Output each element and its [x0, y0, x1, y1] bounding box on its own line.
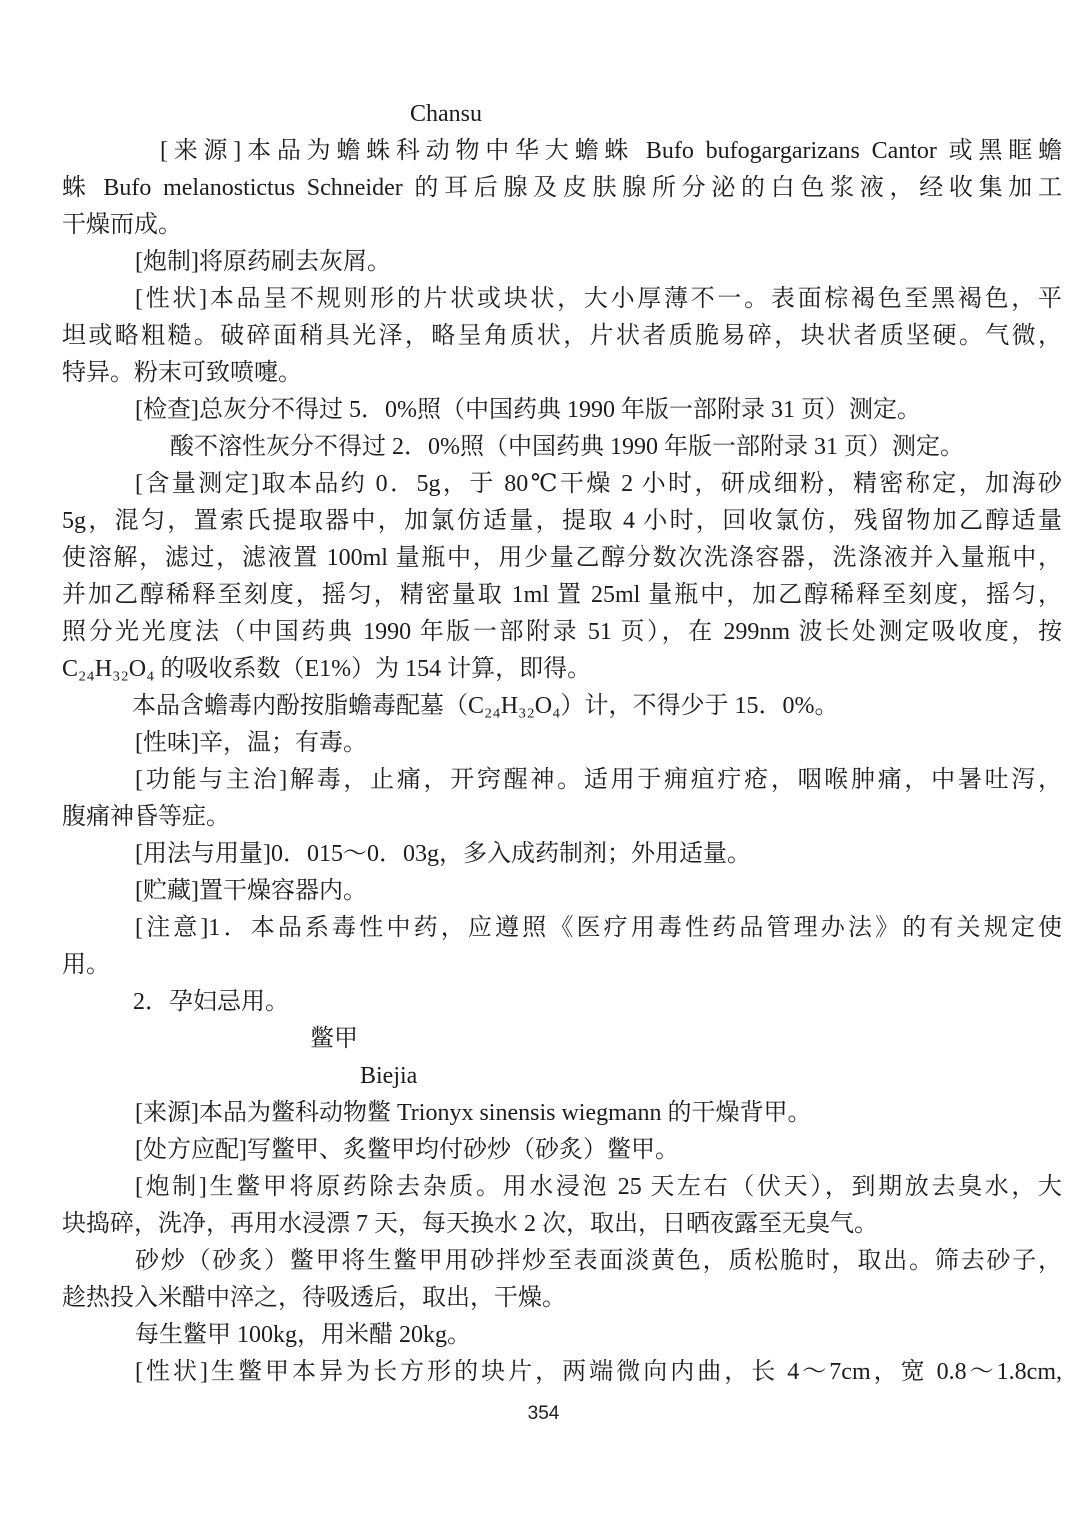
doc-line: [来源]本品为蟾蛛科动物中华大蟾蛛 Bufo bufogargarizans C… [62, 133, 1062, 170]
doc-line: 使溶解，滤过，滤液置 100ml 量瓶中，用少量乙醇分数次洗涤容器，洗涤液并入量… [62, 540, 1062, 577]
doc-line: 腹痛神昏等症。 [62, 799, 1062, 836]
doc-line: 坦或略粗糙。破碎面稍具光泽，略呈角质状，片状者质脆易碎，块状者质坚硬。气微， [62, 318, 1062, 355]
doc-line: [贮藏]置干燥容器内。 [62, 873, 1062, 910]
document-page: Chansu [来源]本品为蟾蛛科动物中华大蟾蛛 Bufo bufogargar… [62, 96, 1062, 1391]
doc-line: 5g，混匀，置索氏提取器中，加氯仿适量，提取 4 小时，回收氯仿，残留物加乙醇适… [62, 503, 1062, 540]
doc-line: [处方应配]写鳖甲、炙鳖甲均付砂炒（砂炙）鳖甲。 [62, 1132, 1062, 1169]
doc-line: 2．孕妇忌用。 [62, 984, 1062, 1021]
doc-line: [性状]本品呈不规则形的片状或块状，大小厚薄不一。表面棕褐色至黑褐色，平 [62, 281, 1062, 318]
doc-line: 块捣碎，洗净，再用水浸漂 7 天，每天换水 2 次，取出，日晒夜露至无臭气。 [62, 1206, 1062, 1243]
doc-line: [检查]总灰分不得过 5．0%照（中国药典 1990 年版一部附录 31 页）测… [62, 392, 1062, 429]
doc-line: 每生鳖甲 100kg，用米醋 20kg。 [62, 1317, 1062, 1354]
doc-line: 砂炒（砂炙）鳖甲将生鳖甲用砂拌炒至表面淡黄色，质松脆时，取出。筛去砂子， [62, 1243, 1062, 1280]
doc-line: 干燥而成。 [62, 207, 1062, 244]
doc-line: [注意]1．本品系毒性中药，应遵照《医疗用毒性药品管理办法》的有关规定使 [62, 910, 1062, 947]
doc-line: [含量测定]取本品约 0．5g，于 80℃干燥 2 小时，研成细粉，精密称定，加… [62, 466, 1062, 503]
doc-line: [功能与主治]解毒，止痛，开窍醒神。适用于痈疽疔疮，咽喉肿痛，中暑吐泻， [62, 762, 1062, 799]
doc-line: 本品含蟾毒内酚按脂蟾毒配墓（C₂₄H₃₂O₄）计，不得少于 15．0%。 [62, 688, 1062, 725]
doc-line: 并加乙醇稀释至刻度，摇匀，精密量取 1ml 置 25ml 量瓶中，加乙醇稀释至刻… [62, 577, 1062, 614]
doc-line: 照分光光度法（中国药典 1990 年版一部附录 51 页），在 299nm 波长… [62, 614, 1062, 651]
doc-line: 蛛 Bufo melanostictus Schneider 的耳后腺及皮肤腺所… [62, 170, 1062, 207]
doc-line: [炮制]将原药刷去灰屑。 [62, 244, 1062, 281]
doc-line: [性味]辛，温；有毒。 [62, 725, 1062, 762]
page-number: 354 [0, 1403, 1087, 1425]
pinyin-title-biejia: Biejia [62, 1058, 1062, 1095]
doc-line: C₂₄H₃₂O₄ 的吸收系数（E1%）为 154 计算，即得。 [62, 651, 1062, 688]
doc-line: 趁热投入米醋中淬之，待吸透后，取出，干燥。 [62, 1280, 1062, 1317]
doc-line: [来源]本品为鳖科动物鳖 Trionyx sinensis wiegmann 的… [62, 1095, 1062, 1132]
doc-line: [用法与用量]0．015～0．03g，多入成药制剂；外用适量。 [62, 836, 1062, 873]
doc-line: [性状]生鳖甲本异为长方形的块片，两端微向内曲，长 4～7cm，宽 0.8～1.… [62, 1354, 1062, 1391]
doc-line: [炮制]生鳖甲将原药除去杂质。用水浸泡 25 天左右（伏天），到期放去臭水，大 [62, 1169, 1062, 1206]
section-title-biejia: 鳖甲 [62, 1021, 1062, 1058]
doc-line: 用。 [62, 947, 1062, 984]
pinyin-title-chansu: Chansu [62, 96, 1062, 133]
doc-line: 酸不溶性灰分不得过 2．0%照（中国药典 1990 年版一部附录 31 页）测定… [62, 429, 1062, 466]
doc-line: 特异。粉末可致喷嚏。 [62, 355, 1062, 392]
